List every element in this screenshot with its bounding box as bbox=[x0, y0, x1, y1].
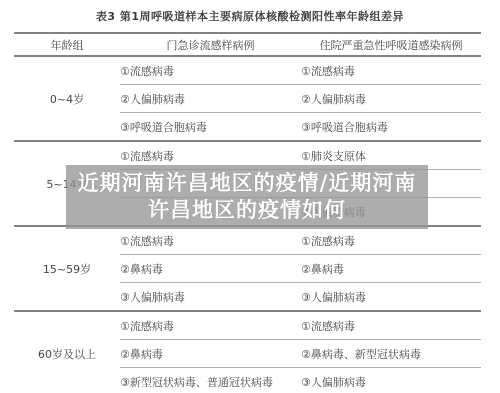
table-cell: ②鼻病毒 bbox=[301, 255, 481, 283]
watermark-text-line2: 许昌地区的疫情如何 bbox=[148, 197, 346, 224]
table-row: 60岁及以上 ①流感病毒 ①流感病毒 bbox=[14, 311, 481, 340]
table-row: 0~4岁 ①流感病毒 ①流感病毒 bbox=[14, 56, 481, 85]
table-cell: ①流感病毒 bbox=[120, 311, 301, 340]
table-cell: ②鼻病毒 bbox=[120, 255, 301, 283]
table-cell: ②人偏肺病毒 bbox=[301, 85, 481, 113]
table-cell: ①流感病毒 bbox=[120, 226, 301, 255]
watermark-overlay: 近期河南许昌地区的疫情/近期河南 许昌地区的疫情如何 bbox=[66, 165, 428, 229]
table-cell: ③呼吸道合胞病毒 bbox=[301, 113, 481, 142]
table-cell: ③人偏肺病毒 bbox=[301, 283, 481, 312]
header-outpatient-ili-cases: 门急诊流感样病例 bbox=[120, 33, 301, 56]
table-cell: ③人偏肺病毒 bbox=[120, 283, 301, 312]
watermark-text-line1: 近期河南许昌地区的疫情/近期河南 bbox=[78, 170, 417, 197]
age-group-label-15-59: 15~59岁 bbox=[14, 226, 120, 311]
table-cell: ②鼻病毒、新型冠状病毒 bbox=[301, 340, 481, 368]
table-cell: ①流感病毒 bbox=[301, 56, 481, 85]
table-title: 表3 第1周呼吸道样本主要病原体核酸检测阳性率年龄组差异 bbox=[0, 8, 500, 24]
table-cell: ①流感病毒 bbox=[301, 226, 481, 255]
age-group-label-0-4: 0~4岁 bbox=[14, 56, 120, 141]
table-cell: ①流感病毒 bbox=[120, 56, 301, 85]
table-cell: ③呼吸道合胞病毒 bbox=[120, 113, 301, 142]
table-cell: ②人偏肺病毒 bbox=[120, 85, 301, 113]
table-header-row: 年龄组 门急诊流感样病例 住院严重急性呼吸道感染病例 bbox=[14, 33, 481, 56]
table-cell: ②鼻病毒 bbox=[120, 340, 301, 368]
header-inpatient-sari-cases: 住院严重急性呼吸道感染病例 bbox=[301, 33, 481, 56]
age-group-label-60plus: 60岁及以上 bbox=[14, 311, 120, 393]
table-row: 15~59岁 ①流感病毒 ①流感病毒 bbox=[14, 226, 481, 255]
header-age-group: 年龄组 bbox=[14, 33, 120, 56]
page: 表3 第1周呼吸道样本主要病原体核酸检测阳性率年龄组差异 年龄组 门急诊流感样病… bbox=[0, 0, 500, 393]
table-cell: ③人偏肺病毒 bbox=[301, 368, 481, 393]
table-cell: ③新型冠状病毒、普通冠状病毒 bbox=[120, 368, 301, 393]
table-cell: ①流感病毒 bbox=[301, 311, 481, 340]
